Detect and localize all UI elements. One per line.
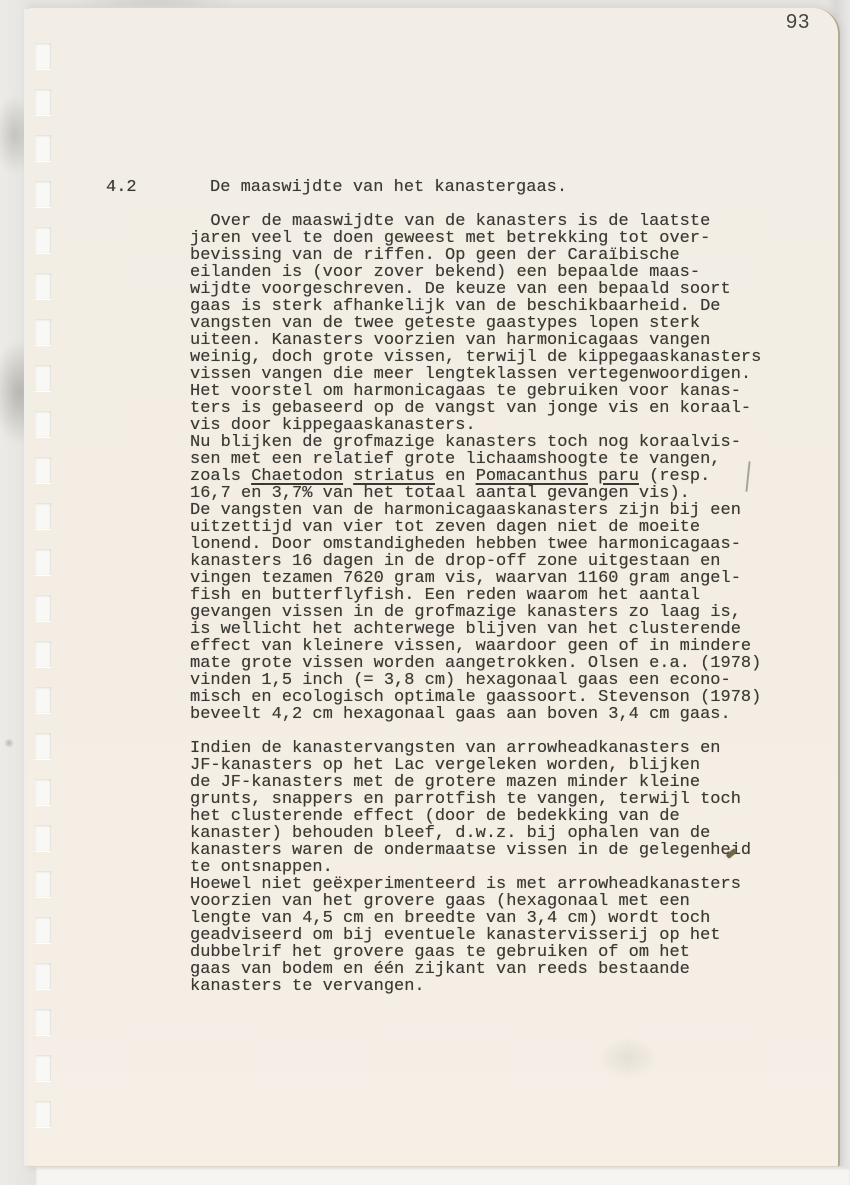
text-line: Over de maaswijdte van de kanasters is d… [190, 213, 761, 230]
text-line: beveelt 4,2 cm hexagonaal gaas aan boven… [190, 706, 761, 723]
text-line: uitzettijd van vier tot zeven dagen niet… [190, 519, 761, 536]
text-line: eilanden is (voor zover bekend) een bepa… [190, 264, 761, 281]
text-line: Hoewel niet geëxperimenteerd is met arro… [190, 876, 761, 893]
text-line: geadviseerd om bij eventuele kanastervis… [190, 927, 761, 944]
binding-hole [35, 273, 51, 299]
text-line: vinden 1,5 inch (= 3,8 cm) hexagonaal ga… [190, 672, 761, 689]
scanned-page-background: 93 4.2 De maaswijdte van het kanastergaa… [0, 0, 850, 1185]
text-line: vis door kippegaaskanasters. [190, 417, 761, 434]
text-line: vissen vangen die meer lengteklassen ver… [190, 366, 761, 383]
text-line: kanasters 16 dagen in de drop-off zone u… [190, 553, 761, 570]
binding-hole [35, 871, 51, 897]
binding-hole [35, 963, 51, 989]
body-paragraph: Over de maaswijdte van de kanasters is d… [190, 213, 761, 723]
text-line: voorzien van het grovere gaas (hexagonaa… [190, 893, 761, 910]
text-line: grunts, snappers en parrotfish te vangen… [190, 791, 761, 808]
text-line: kanasters te vervangen. [190, 978, 761, 995]
binding-hole [35, 1055, 51, 1081]
text-line: kanasters waren de ondermaatse vissen in… [190, 842, 761, 859]
scan-smudge [2, 736, 16, 750]
text-line: gaas van bodem en één zijkant van reeds … [190, 961, 761, 978]
section-title: De maaswijdte van het kanastergaas. [210, 179, 567, 196]
text-line: het clusterende effect (door de bedekkin… [190, 808, 761, 825]
text-line: De vangsten van de harmonicagaaskanaster… [190, 502, 761, 519]
page-number: 93 [786, 11, 810, 34]
text-line: gevangen vissen in de grofmazige kanaste… [190, 604, 761, 621]
text-line: effect van kleinere vissen, waardoor gee… [190, 638, 761, 655]
binding-hole [35, 779, 51, 805]
body-text: Over de maaswijdte van de kanasters is d… [190, 213, 761, 995]
text-line: mate grote vissen worden aangetrokken. O… [190, 655, 761, 672]
text-line: weinig, doch grote vissen, terwijl de ki… [190, 349, 761, 366]
binding-hole [35, 1101, 51, 1127]
text-line: wijdte voorgeschreven. De keuze van een … [190, 281, 761, 298]
binding-hole [35, 733, 51, 759]
binding-hole [35, 89, 51, 115]
text-line: kanaster) behouden bleef, d.w.z. bij oph… [190, 825, 761, 842]
text-line: te ontsnappen. [190, 859, 761, 876]
text-line: is wellicht het achterwege blijven van h… [190, 621, 761, 638]
text-line: uiteen. Kanasters voorzien van harmonica… [190, 332, 761, 349]
binding-hole [35, 43, 51, 69]
text-line: fish en butterflyfish. Een reden waarom … [190, 587, 761, 604]
binding-hole [35, 687, 51, 713]
binding-hole [35, 503, 51, 529]
text-line: bevissing van de riffen. Op geen der Car… [190, 247, 761, 264]
binding-hole [35, 595, 51, 621]
binding-hole [35, 411, 51, 437]
binding-hole [35, 917, 51, 943]
document-page: 93 4.2 De maaswijdte van het kanastergaa… [28, 8, 840, 1167]
text-line: Nu blijken de grofmazige kanasters toch … [190, 434, 761, 451]
text-line: JF-kanasters op het Lac vergeleken worde… [190, 757, 761, 774]
text-line: 16,7 en 3,7% van het totaal aantal gevan… [190, 485, 761, 502]
text-line: Het voorstel om harmonicagaas te gebruik… [190, 383, 761, 400]
text-line: misch en ecologisch optimale gaassoort. … [190, 689, 761, 706]
binding-hole [35, 549, 51, 575]
binding-hole [35, 227, 51, 253]
text-line: lonend. Door omstandigheden hebben twee … [190, 536, 761, 553]
text-line: lengte van 4,5 cm en breedte van 3,4 cm)… [190, 910, 761, 927]
binding-hole [35, 365, 51, 391]
binding-hole [35, 1009, 51, 1035]
section-number: 4.2 [106, 179, 137, 196]
text-line: jaren veel te doen geweest met betrekkin… [190, 230, 761, 247]
binding-hole [35, 181, 51, 207]
binding-hole [35, 825, 51, 851]
text-line: sen met een relatief grote lichaamshoogt… [190, 451, 761, 468]
text-line: ters is gebaseerd op de vangst van jonge… [190, 400, 761, 417]
body-paragraph: Indien de kanastervangsten van arrowhead… [190, 740, 761, 995]
text-line: dubbelrif het grovere gaas te gebruiken … [190, 944, 761, 961]
underlying-page-edge [36, 1167, 850, 1185]
pencil-smudge [588, 1030, 668, 1085]
text-line: zoals Chaetodon striatus en Pomacanthus … [190, 468, 761, 485]
binding-hole [35, 135, 51, 161]
binding-hole [35, 457, 51, 483]
text-line: vangsten van de twee geteste gaastypes l… [190, 315, 761, 332]
binding-hole [35, 319, 51, 345]
text-line: vingen tezamen 7620 gram vis, waarvan 11… [190, 570, 761, 587]
text-line: gaas is sterk afhankelijk van de beschik… [190, 298, 761, 315]
text-line: de JF-kanasters met de grotere mazen min… [190, 774, 761, 791]
binding-hole [35, 641, 51, 667]
text-line: Indien de kanastervangsten van arrowhead… [190, 740, 761, 757]
